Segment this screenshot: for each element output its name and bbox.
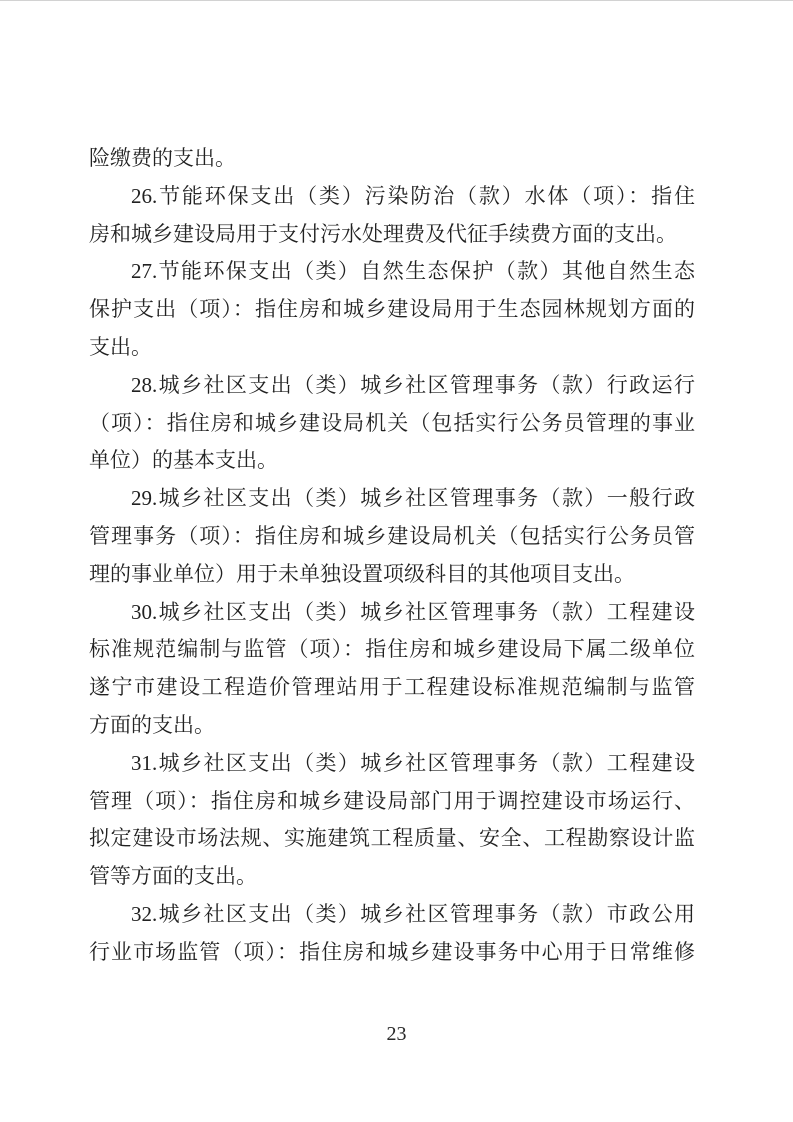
text-line: 单位）的基本支出。 [89, 442, 695, 480]
text-line: 管理事务（项）：指住房和城乡建设局机关（包括实行公务员管 [89, 518, 695, 556]
page-number: 23 [0, 1021, 793, 1047]
paragraph: 31.城乡社区支出（类）城乡社区管理事务（款）工程建设管理（项）：指住房和城乡建… [89, 745, 695, 896]
text-line: 标准规范编制与监管（项）：指住房和城乡建设局下属二级单位 [89, 631, 695, 669]
text-line: 方面的支出。 [89, 707, 695, 745]
scan-edge-line [0, 0, 793, 1]
text-line: 险缴费的支出。 [89, 140, 695, 178]
paragraph: 32.城乡社区支出（类）城乡社区管理事务（款）市政公用行业市场监管（项）：指住房… [89, 896, 695, 972]
text-line: 30.城乡社区支出（类）城乡社区管理事务（款）工程建设 [89, 594, 695, 632]
paragraph: 30.城乡社区支出（类）城乡社区管理事务（款）工程建设标准规范编制与监管（项）：… [89, 594, 695, 745]
text-line: 房和城乡建设局用于支付污水处理费及代征手续费方面的支出。 [89, 216, 695, 254]
text-line: 行业市场监管（项）：指住房和城乡建设事务中心用于日常维修 [89, 934, 695, 972]
paragraph: 26.节能环保支出（类）污染防治（款）水体（项）：指住房和城乡建设局用于支付污水… [89, 178, 695, 254]
text-line: 28.城乡社区支出（类）城乡社区管理事务（款）行政运行 [89, 367, 695, 405]
paragraph: 28.城乡社区支出（类）城乡社区管理事务（款）行政运行（项）：指住房和城乡建设局… [89, 367, 695, 480]
text-line: 遂宁市建设工程造价管理站用于工程建设标准规范编制与监管 [89, 669, 695, 707]
body-text: 险缴费的支出。26.节能环保支出（类）污染防治（款）水体（项）：指住房和城乡建设… [89, 140, 695, 972]
text-line: 26.节能环保支出（类）污染防治（款）水体（项）：指住 [89, 178, 695, 216]
paragraph: 29.城乡社区支出（类）城乡社区管理事务（款）一般行政管理事务（项）：指住房和城… [89, 480, 695, 593]
text-line: 29.城乡社区支出（类）城乡社区管理事务（款）一般行政 [89, 480, 695, 518]
text-line: 管理（项）：指住房和城乡建设局部门用于调控建设市场运行、 [89, 783, 695, 821]
text-line: 32.城乡社区支出（类）城乡社区管理事务（款）市政公用 [89, 896, 695, 934]
text-line: 31.城乡社区支出（类）城乡社区管理事务（款）工程建设 [89, 745, 695, 783]
text-line: （项）：指住房和城乡建设局机关（包括实行公务员管理的事业 [89, 405, 695, 443]
text-line: 保护支出（项）：指住房和城乡建设局用于生态园林规划方面的 [89, 291, 695, 329]
text-line: 理的事业单位）用于未单独设置项级科目的其他项目支出。 [89, 556, 695, 594]
document-page: 险缴费的支出。26.节能环保支出（类）污染防治（款）水体（项）：指住房和城乡建设… [0, 0, 793, 1122]
paragraph: 27.节能环保支出（类）自然生态保护（款）其他自然生态保护支出（项）：指住房和城… [89, 253, 695, 366]
text-line: 拟定建设市场法规、实施建筑工程质量、安全、工程勘察设计监 [89, 820, 695, 858]
text-line: 管等方面的支出。 [89, 858, 695, 896]
text-line: 支出。 [89, 329, 695, 367]
paragraph: 险缴费的支出。 [89, 140, 695, 178]
text-line: 27.节能环保支出（类）自然生态保护（款）其他自然生态 [89, 253, 695, 291]
